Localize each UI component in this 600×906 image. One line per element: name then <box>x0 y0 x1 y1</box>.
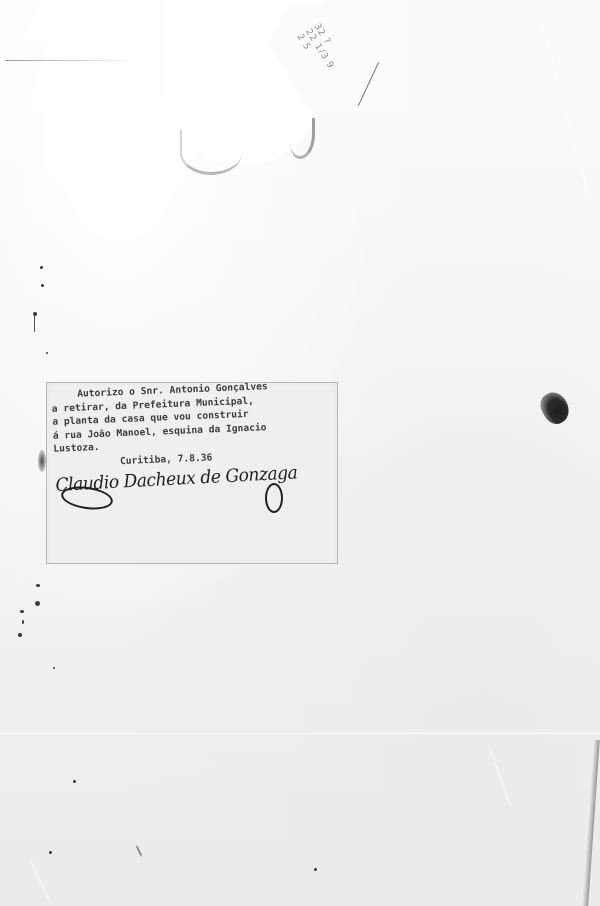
speck <box>20 610 24 613</box>
speck <box>36 584 40 587</box>
typed-text: Autorizo o Snr. Antonio Gonçalves a reti… <box>47 377 340 471</box>
speck <box>18 633 22 637</box>
speck <box>46 352 48 354</box>
scratch <box>34 316 35 332</box>
speck <box>53 667 55 669</box>
scanned-page: 32 ? 22 1/3 9 2 5 Autorizo o Snr. Antoni… <box>0 0 600 906</box>
speck <box>41 284 44 287</box>
speck <box>314 868 317 871</box>
fold-line <box>0 733 600 734</box>
wrinkle <box>542 23 590 197</box>
smudge <box>38 450 46 472</box>
speck <box>49 851 52 854</box>
speck <box>73 780 76 783</box>
tear-shadow <box>180 130 242 175</box>
speck <box>40 266 43 269</box>
speck <box>35 601 40 606</box>
fold-shadow <box>582 740 600 906</box>
tear-shadow <box>290 118 315 159</box>
speck <box>22 620 24 624</box>
wrinkle <box>30 860 51 904</box>
scratch <box>136 845 143 857</box>
signature-flourish <box>265 483 283 513</box>
authorization-note: Autorizo o Snr. Antonio Gonçalves a reti… <box>46 382 338 564</box>
ink-blot <box>536 388 575 429</box>
wrinkle <box>490 750 511 807</box>
paper-crease <box>5 60 135 61</box>
